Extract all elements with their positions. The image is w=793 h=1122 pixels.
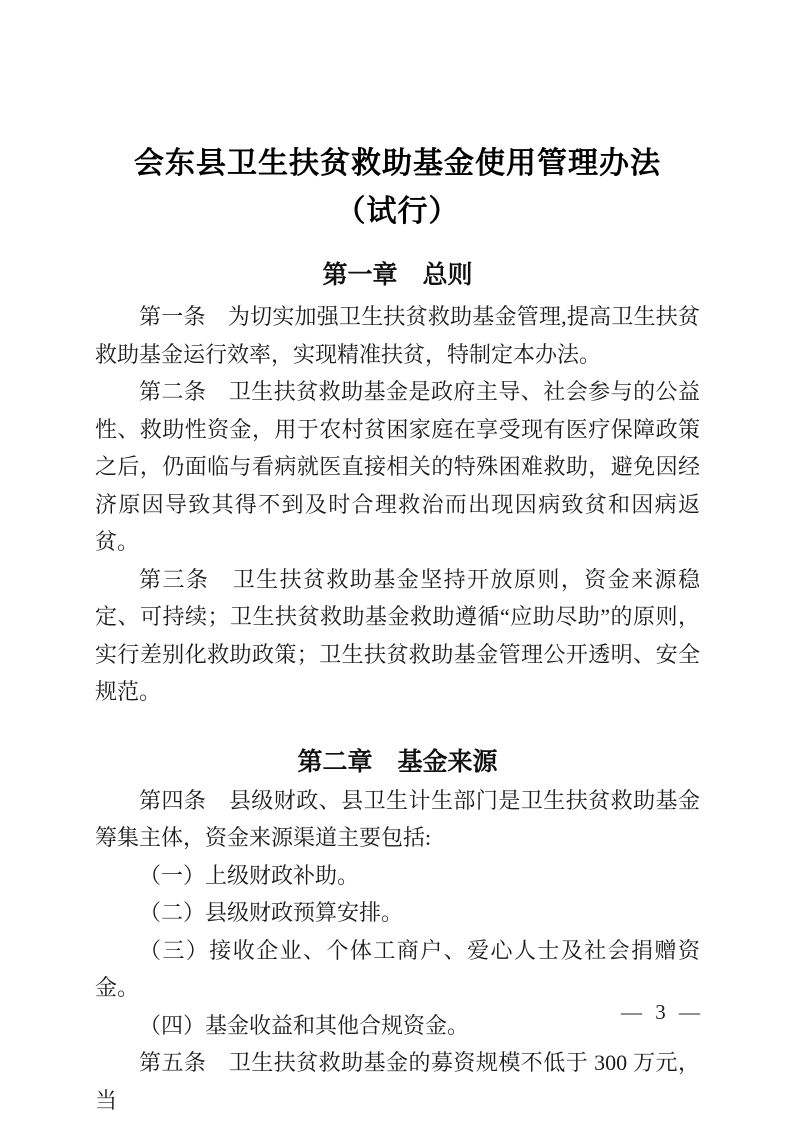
- fund-source-item-1: （一）上级财政补助。: [95, 857, 700, 895]
- fund-source-item-4: （四）基金收益和其他合规资金。: [95, 1007, 700, 1045]
- article-5-paragraph: 第五条 卫生扶贫救助基金的募资规模不低于 300 万元，当: [95, 1044, 700, 1119]
- document-title-line1: 会东县卫生扶贫救助基金使用管理办法: [95, 140, 700, 188]
- article-2-paragraph: 第二条 卫生扶贫救助基金是政府主导、社会参与的公益性、救助性资金，用于农村贫困家…: [95, 373, 700, 561]
- chapter-2-heading: 第二章 基金来源: [95, 747, 700, 777]
- fund-source-item-3: （三）接收企业、个体工商户、爱心人士及社会捐赠资金。: [95, 932, 700, 1007]
- page-number: — 3 —: [621, 1000, 700, 1024]
- article-3-paragraph: 第三条 卫生扶贫救助基金坚持开放原则，资金来源稳定、可持续；卫生扶贫救助基金救助…: [95, 561, 700, 711]
- chapter-1-heading: 第一章 总则: [95, 260, 700, 290]
- document-title: 会东县卫生扶贫救助基金使用管理办法 （试行）: [95, 140, 700, 236]
- fund-source-item-2: （二）县级财政预算安排。: [95, 894, 700, 932]
- document-content: 会东县卫生扶贫救助基金使用管理办法 （试行） 第一章 总则 第一条 为切实加强卫…: [95, 0, 700, 1119]
- document-title-line2: （试行）: [95, 188, 700, 236]
- document-page: 会东县卫生扶贫救助基金使用管理办法 （试行） 第一章 总则 第一条 为切实加强卫…: [0, 0, 793, 1122]
- article-4-paragraph: 第四条 县级财政、县卫生计生部门是卫生扶贫救助基金筹集主体，资金来源渠道主要包括…: [95, 782, 700, 857]
- article-1-paragraph: 第一条 为切实加强卫生扶贫救助基金管理,提高卫生扶贫救助基金运行效率，实现精准扶…: [95, 298, 700, 373]
